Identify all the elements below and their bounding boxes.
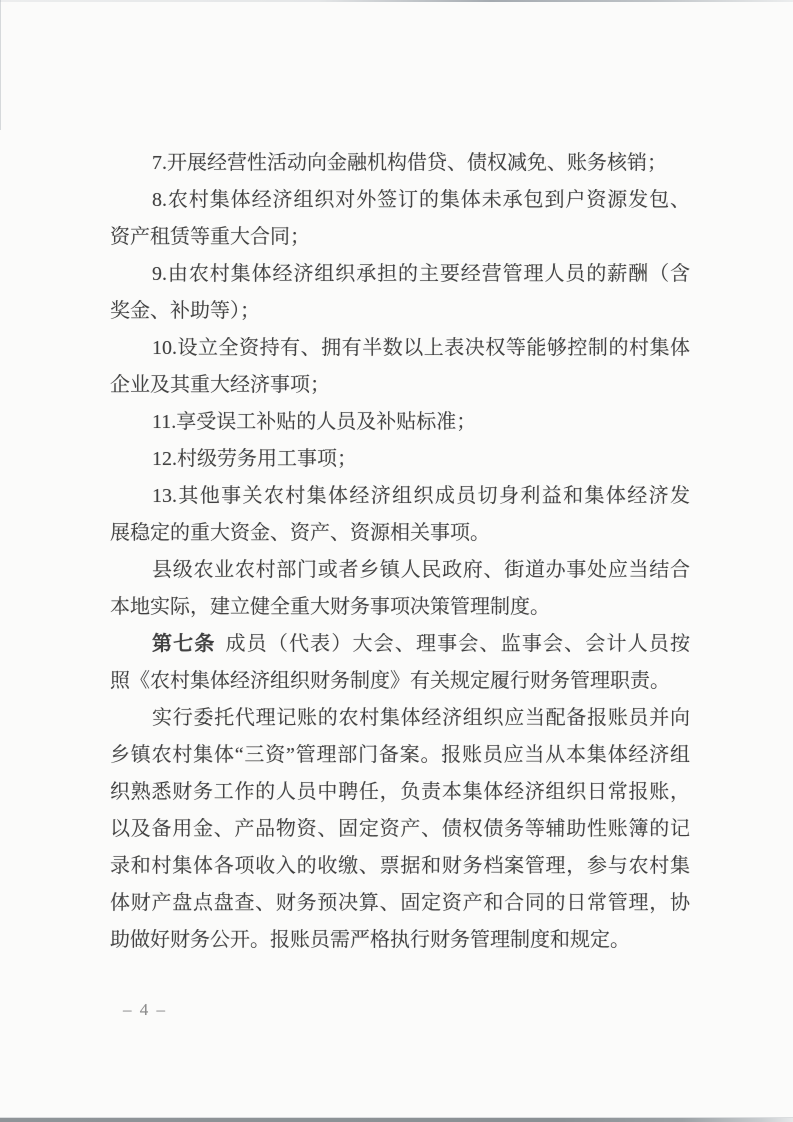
- text-line: 织熟悉财务工作的人员中聘任，负责本集体经济组织日常报账，: [110, 774, 690, 811]
- text-line: 以及备用金、产品物资、固定资产、债权债务等辅助性账簿的记: [110, 811, 690, 848]
- text-line: 奖金、补助等）；: [110, 293, 690, 330]
- scan-bottom-edge-artifact: [0, 1118, 793, 1122]
- page-number: – 4 –: [123, 1000, 167, 1020]
- text-line: 企业及其重大经济事项；: [110, 367, 690, 404]
- text-line: 县级农业农村部门或者乡镇人民政府、街道办事处应当结合: [110, 552, 690, 589]
- text-line: 照《农村集体经济组织财务制度》有关规定履行财务管理职责。: [110, 663, 690, 700]
- text-line: 13.其他事关农村集体经济组织成员切身利益和集体经济发: [110, 478, 690, 515]
- scan-left-edge-artifact: [0, 0, 1, 130]
- text-line: 乡镇农村集体“三资”管理部门备案。报账员应当从本集体经济组: [110, 737, 690, 774]
- document-body: 7.开展经营性活动向金融机构借贷、债权减免、账务核销；8.农村集体经济组织对外签…: [110, 145, 690, 959]
- scanned-document-page: 7.开展经营性活动向金融机构借贷、债权减免、账务核销；8.农村集体经济组织对外签…: [0, 0, 793, 1122]
- text-line: 资产租赁等重大合同；: [110, 219, 690, 256]
- text-line: 8.农村集体经济组织对外签订的集体未承包到户资源发包、: [110, 182, 690, 219]
- text-line: 录和村集体各项收入的收缴、票据和财务档案管理，参与农村集: [110, 848, 690, 885]
- text-line: 9.由农村集体经济组织承担的主要经营管理人员的薪酬（含: [110, 256, 690, 293]
- text-line: 实行委托代理记账的农村集体经济组织应当配备报账员并向: [110, 700, 690, 737]
- text-line: 助做好财务公开。报账员需严格执行财务管理制度和规定。: [110, 922, 690, 959]
- text-line: 展稳定的重大资金、资产、资源相关事项。: [110, 515, 690, 552]
- text-line: 体财产盘点盘查、财务预决算、固定资产和合同的日常管理，协: [110, 885, 690, 922]
- scan-top-edge-artifact: [0, 0, 793, 2]
- article-heading-line: 第七条成员（代表）大会、理事会、监事会、会计人员按: [110, 626, 690, 663]
- text-line: 12.村级劳务用工事项；: [110, 441, 690, 478]
- text-line: 7.开展经营性活动向金融机构借贷、债权减免、账务核销；: [110, 145, 690, 182]
- text-line: 11.享受误工补贴的人员及补贴标准；: [110, 404, 690, 441]
- article-number-bold: 第七条: [152, 633, 216, 655]
- text-line: 本地实际，建立健全重大财务事项决策管理制度。: [110, 589, 690, 626]
- text-line: 10.设立全资持有、拥有半数以上表决权等能够控制的村集体: [110, 330, 690, 367]
